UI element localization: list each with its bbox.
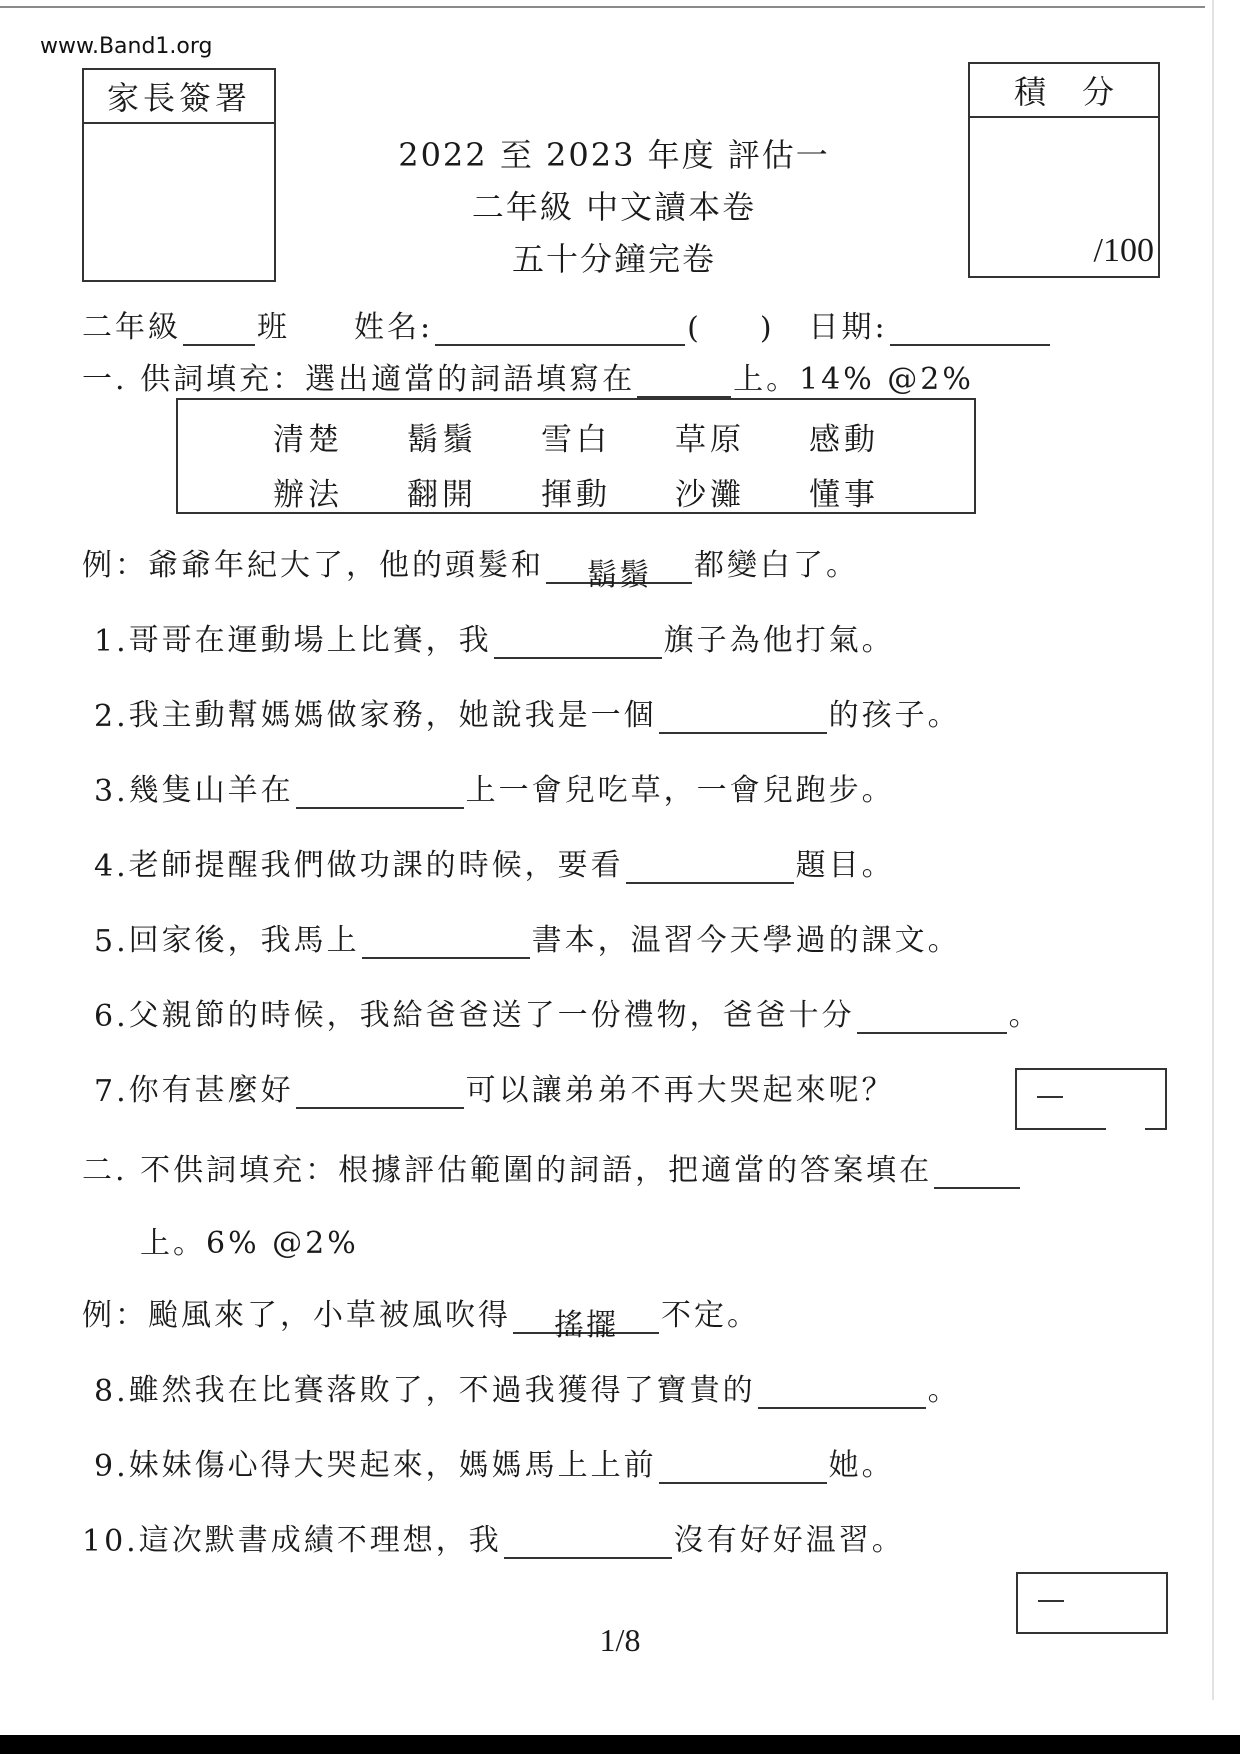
answer-blank-10[interactable] xyxy=(504,1525,672,1559)
class-label: 班 xyxy=(257,302,290,346)
example-text: 都變白了。 xyxy=(694,540,859,584)
word-bank-item: 感動 xyxy=(809,414,943,459)
question-5: 5. 回家後，我馬上 書本，温習今天學過的課文。 xyxy=(94,915,961,959)
mark-dash xyxy=(1038,1600,1064,1602)
section1-title: 一. 供詞填充：選出適當的詞語填寫在 xyxy=(82,354,635,398)
question-text: 她。 xyxy=(829,1440,895,1484)
number-paren-close: ) xyxy=(760,311,775,346)
section1-heading: 一. 供詞填充：選出適當的詞語填寫在 上。14% @2% xyxy=(82,354,974,398)
question-text: 你有甚麼好 xyxy=(129,1065,294,1109)
question-text: 妹妹傷心得大哭起來，媽媽馬上上前 xyxy=(129,1440,657,1484)
answer-blank-5[interactable] xyxy=(362,925,530,959)
word-bank-item: 翻開 xyxy=(407,469,541,514)
example-answer-blank: 搖擺 xyxy=(513,1300,659,1334)
word-bank-item: 草原 xyxy=(675,414,809,459)
section2-title: 二. 不供詞填充：根據評估範圍的詞語，把適當的答案填在 xyxy=(82,1145,932,1189)
student-info-row: 二年級 班 姓名: ( ) 日期: xyxy=(82,302,1052,346)
date-field[interactable] xyxy=(890,312,1050,346)
question-4: 4. 老師提醒我們做功課的時候，要看 題目。 xyxy=(94,840,895,884)
section1-blank-sample xyxy=(637,364,731,398)
section2-blank-sample xyxy=(934,1155,1020,1189)
example-text: 例：颱風來了，小草被風吹得 xyxy=(82,1290,511,1334)
question-number: 7. xyxy=(94,1074,129,1109)
class-field[interactable] xyxy=(183,312,255,346)
answer-blank-4[interactable] xyxy=(626,850,794,884)
section1-mark-box[interactable] xyxy=(1015,1068,1167,1130)
word-bank-box: 清楚 鬍鬚 雪白 草原 感動 辦法 翻開 揮動 沙灘 懂事 xyxy=(176,398,976,514)
question-text: 書本，温習今天學過的課文。 xyxy=(532,915,961,959)
answer-blank-7[interactable] xyxy=(296,1075,464,1109)
section2-marks: 上。6% @2% xyxy=(140,1218,359,1262)
word-bank-item: 懂事 xyxy=(809,469,943,514)
question-number: 2. xyxy=(94,699,129,734)
question-text: 的孩子。 xyxy=(829,690,961,734)
question-text: 這次默書成績不理想，我 xyxy=(139,1515,502,1559)
exam-title: 2022 至 2023 年度 評估一 xyxy=(0,130,1234,176)
mark-dash xyxy=(1037,1096,1063,1098)
answer-blank-8[interactable] xyxy=(758,1375,926,1409)
exam-duration: 五十分鐘完卷 xyxy=(0,234,1234,280)
question-number: 9. xyxy=(94,1449,129,1484)
word-bank-item: 辦法 xyxy=(273,469,407,514)
name-field[interactable] xyxy=(435,312,685,346)
watermark: www.Band1.org xyxy=(40,34,213,59)
question-number: 8. xyxy=(94,1374,129,1409)
question-text: 題目。 xyxy=(796,840,895,884)
name-label: 姓名: xyxy=(354,302,433,346)
example-answer-blank: 鬍鬚 xyxy=(546,550,692,584)
example-text: 例：爺爺年紀大了，他的頭髮和 xyxy=(82,540,544,584)
question-2: 2. 我主動幫媽媽做家務，她說我是一個 的孩子。 xyxy=(94,690,961,734)
scan-bottom-edge xyxy=(0,1735,1240,1754)
answer-blank-9[interactable] xyxy=(659,1450,827,1484)
question-text: 幾隻山羊在 xyxy=(129,765,294,809)
question-9: 9. 妹妹傷心得大哭起來，媽媽馬上上前 她。 xyxy=(94,1440,895,1484)
answer-blank-1[interactable] xyxy=(494,625,662,659)
word-bank-item: 清楚 xyxy=(273,414,407,459)
grade-label: 二年級 xyxy=(82,302,181,346)
question-8: 8. 雖然我在比賽落敗了，不過我獲得了寶貴的 。 xyxy=(94,1365,961,1409)
question-number: 4. xyxy=(94,849,129,884)
question-number: 5. xyxy=(94,924,129,959)
parent-signature-label: 家長簽署 xyxy=(84,70,274,124)
exam-subtitle: 二年級 中文讀本卷 xyxy=(0,182,1234,228)
question-text: 雖然我在比賽落敗了，不過我獲得了寶貴的 xyxy=(129,1365,756,1409)
question-text: 老師提醒我們做功課的時候，要看 xyxy=(129,840,624,884)
word-bank-item: 雪白 xyxy=(541,414,675,459)
answer-blank-2[interactable] xyxy=(659,700,827,734)
word-bank-item: 鬍鬚 xyxy=(407,414,541,459)
example-text: 不定。 xyxy=(661,1290,760,1334)
section2-heading: 二. 不供詞填充：根據評估範圍的詞語，把適當的答案填在 xyxy=(82,1145,1022,1189)
page-number: 1/8 xyxy=(0,1622,1240,1659)
example-answer: 鬍鬚 xyxy=(587,558,651,593)
question-text: 。 xyxy=(928,1365,961,1409)
question-text: 可以讓弟弟不再大哭起來呢？ xyxy=(466,1065,895,1109)
question-number: 1. xyxy=(94,624,129,659)
number-paren-open: ( xyxy=(687,311,702,346)
question-text: 我主動幫媽媽做家務，她說我是一個 xyxy=(129,690,657,734)
question-6: 6. 父親節的時候，我給爸爸送了一份禮物，爸爸十分 。 xyxy=(94,990,1042,1034)
answer-blank-6[interactable] xyxy=(857,1000,1007,1034)
question-7: 7. 你有甚麼好 可以讓弟弟不再大哭起來呢？ xyxy=(94,1065,895,1109)
date-label: 日期: xyxy=(809,302,888,346)
question-3: 3. 幾隻山羊在 上一會兒吃草，一會兒跑步。 xyxy=(94,765,895,809)
question-text: 回家後，我馬上 xyxy=(129,915,360,959)
scan-top-edge xyxy=(0,6,1205,8)
question-text: 旗子為他打氣。 xyxy=(664,615,895,659)
question-text: 沒有好好温習。 xyxy=(674,1515,905,1559)
word-bank-item: 沙灘 xyxy=(675,469,809,514)
section2-example: 例：颱風來了，小草被風吹得 搖擺 不定。 xyxy=(82,1290,760,1334)
question-text: 上一會兒吃草，一會兒跑步。 xyxy=(466,765,895,809)
answer-blank-3[interactable] xyxy=(296,775,464,809)
word-bank-item: 揮動 xyxy=(541,469,675,514)
question-text: 。 xyxy=(1009,990,1042,1034)
question-number: 6. xyxy=(94,999,129,1034)
section1-example: 例：爺爺年紀大了，他的頭髮和 鬍鬚 都變白了。 xyxy=(82,540,859,584)
question-text: 父親節的時候，我給爸爸送了一份禮物，爸爸十分 xyxy=(129,990,855,1034)
section1-marks: 上。14% @2% xyxy=(733,354,974,398)
word-bank: 清楚 鬍鬚 雪白 草原 感動 辦法 翻開 揮動 沙灘 懂事 xyxy=(273,414,943,514)
question-number: 3. xyxy=(94,774,129,809)
question-number: 10. xyxy=(82,1524,139,1559)
example-answer: 搖擺 xyxy=(554,1308,618,1343)
score-label: 積分 xyxy=(970,64,1158,118)
question-10: 10. 這次默書成績不理想，我 沒有好好温習。 xyxy=(82,1515,905,1559)
question-text: 哥哥在運動場上比賽，我 xyxy=(129,615,492,659)
question-1: 1. 哥哥在運動場上比賽，我 旗子為他打氣。 xyxy=(94,615,895,659)
